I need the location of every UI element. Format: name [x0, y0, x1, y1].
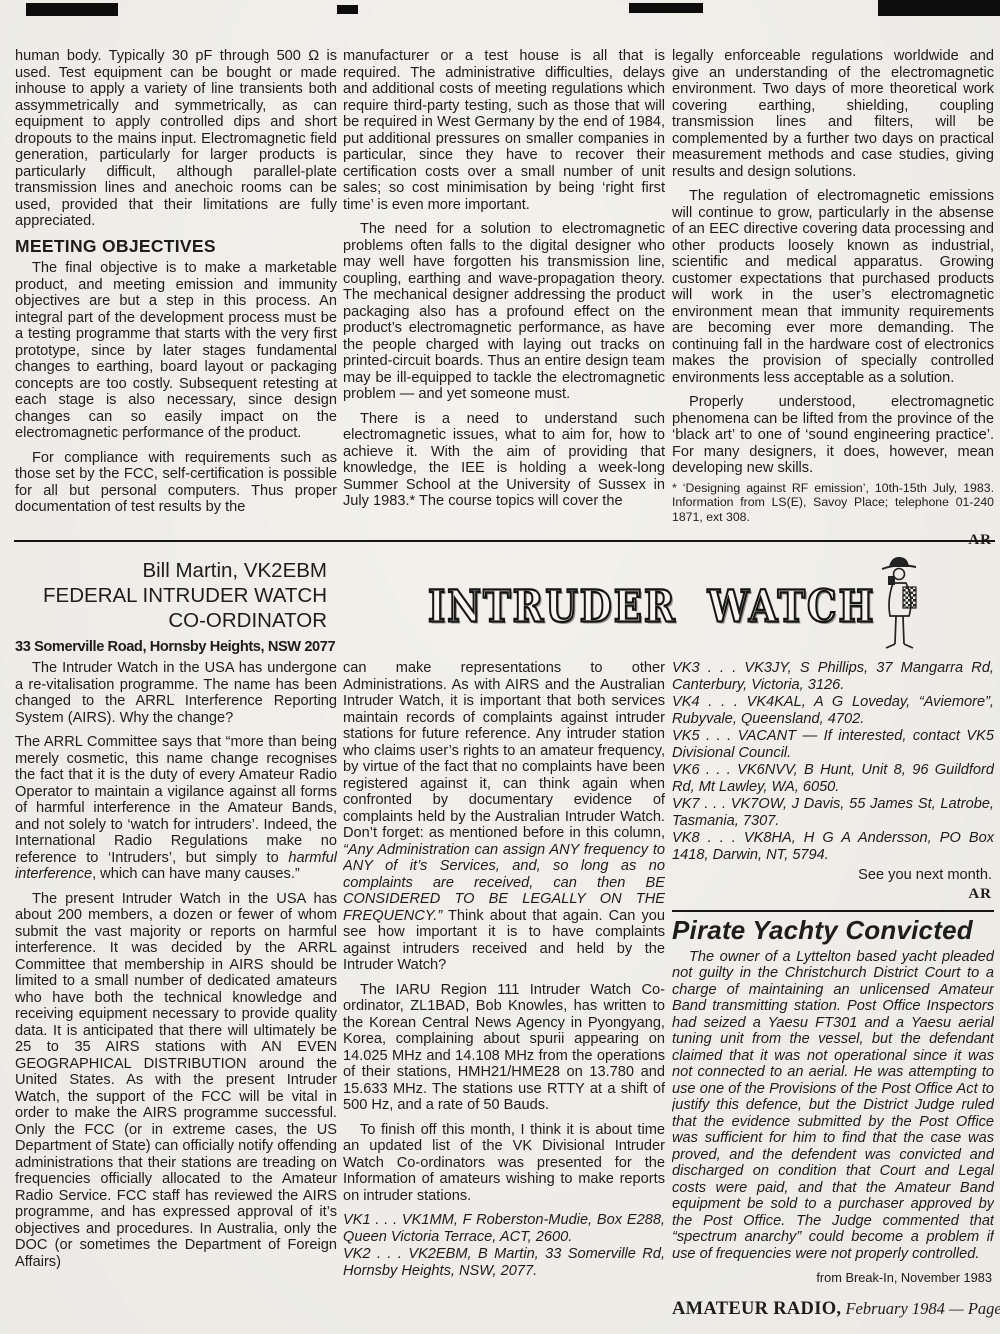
- intruder-watch-column-3: VK3 . . . VK3JY, S Phillips, 37 Mangarra…: [672, 660, 994, 1332]
- paragraph: Properly understood, electromagnetic phe…: [672, 394, 994, 477]
- vk-coordinator-entry: VK4 . . . VK4KAL, A G Loveday, “Aviemore…: [672, 694, 994, 727]
- page-footer: AMATEUR RADIO, February 1984 — Page 33: [672, 1299, 998, 1320]
- coordinator-block: Bill Martin, VK2EBM FEDERAL INTRUDER WAT…: [15, 558, 335, 655]
- paragraph: legally enforceable regulations worldwid…: [672, 48, 994, 180]
- section-divider: [14, 540, 995, 542]
- paragraph: The Intruder Watch in the USA has underg…: [15, 660, 337, 726]
- paragraph: The IARU Region 111 Intruder Watch Co-or…: [343, 982, 665, 1114]
- footnote: * ‘Designing against RF emission’, 10th-…: [672, 481, 994, 525]
- paragraph: The ARRL Committee says that “more than …: [15, 734, 337, 883]
- scan-artifact: [26, 3, 118, 16]
- magazine-page: human body. Typically 30 pF through 500 …: [0, 0, 1000, 1334]
- article-divider: [672, 910, 994, 912]
- ar-end-mark: AR: [672, 886, 992, 903]
- vk-coordinator-entry: VK8 . . . VK8HA, H G A Andersson, PO Box…: [672, 830, 994, 863]
- coordinator-title-line: FEDERAL INTRUDER WATCH: [15, 583, 335, 608]
- pirate-article-body: The owner of a Lyttelton based yacht ple…: [672, 949, 994, 1263]
- scan-artifact: [337, 5, 358, 14]
- intruder-watch-column-1: The Intruder Watch in the USA has underg…: [15, 660, 337, 1332]
- emc-article-column-2: manufacturer or a test house is all that…: [343, 48, 665, 518]
- paragraph: The need for a solution to electromagnet…: [343, 221, 665, 403]
- source-credit: from Break-In, November 1983: [672, 1270, 992, 1287]
- paragraph: For compliance with requirements such as…: [15, 450, 337, 516]
- coordinator-name: Bill Martin, VK2EBM: [15, 558, 335, 583]
- text-run: The ARRL Committee says that “more than …: [15, 734, 337, 866]
- paragraph: To finish off this month, I think it is …: [343, 1122, 665, 1205]
- paragraph: The regulation of electromagnetic emissi…: [672, 188, 994, 386]
- section-heading-meeting-objectives: MEETING OBJECTIVES: [15, 238, 337, 255]
- vk-coordinator-entry: VK1 . . . VK1MM, F Roberston-Mudie, Box …: [343, 1212, 665, 1245]
- paragraph: manufacturer or a test house is all that…: [343, 48, 665, 213]
- text-run: can make representations to other Admini…: [343, 660, 665, 841]
- vk-coordinator-entry: VK6 . . . VK6NVV, B Hunt, Unit 8, 96 Gui…: [672, 762, 994, 795]
- intruder-watch-banner: INTRUDER WATCH: [428, 580, 808, 624]
- pirate-article-heading: Pirate Yachty Convicted: [672, 922, 994, 939]
- banner-title: INTRUDER WATCH: [428, 580, 875, 632]
- footer-magazine-title: AMATEUR RADIO,: [672, 1299, 841, 1319]
- scan-artifact: [878, 0, 1000, 16]
- paragraph: can make representations to other Admini…: [343, 660, 665, 974]
- vk-coordinator-entry: VK3 . . . VK3JY, S Phillips, 37 Mangarra…: [672, 660, 994, 693]
- vk-coordinator-entry: VK5 . . . VACANT — If interested, contac…: [672, 728, 994, 761]
- vk-coordinator-entry: VK2 . . . VK2EBM, B Martin, 33 Somervill…: [343, 1246, 665, 1279]
- emc-article-column-1: human body. Typically 30 pF through 500 …: [15, 48, 337, 524]
- intruder-watch-column-2: can make representations to other Admini…: [343, 660, 665, 1332]
- footer-issue-page: February 1984 — Page 33: [841, 1299, 1000, 1318]
- signoff-text: See you next month.: [672, 867, 992, 884]
- vk-coordinator-entry: VK7 . . . VK7OW, J Davis, 55 James St, L…: [672, 796, 994, 829]
- emc-article-column-3: legally enforceable regulations worldwid…: [672, 48, 994, 549]
- scan-artifact: [629, 3, 703, 13]
- paragraph: human body. Typically 30 pF through 500 …: [15, 48, 337, 230]
- paragraph: The present Intruder Watch in the USA ha…: [15, 891, 337, 1271]
- paragraph: There is a need to understand such elect…: [343, 411, 665, 510]
- detective-icon: [868, 554, 930, 661]
- coordinator-title-line: CO-ORDINATOR: [15, 608, 335, 633]
- paragraph: The final objective is to make a marketa…: [15, 260, 337, 442]
- coordinator-address: 33 Somerville Road, Hornsby Heights, NSW…: [15, 639, 335, 655]
- text-run: , which can have many causes.”: [92, 866, 300, 882]
